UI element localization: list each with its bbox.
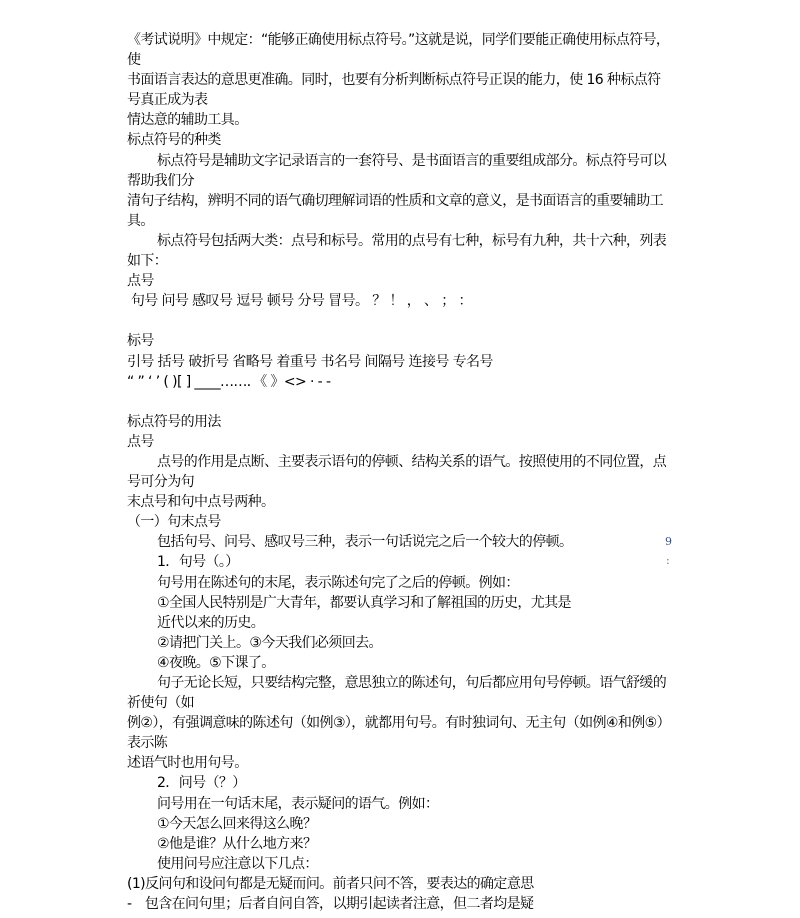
- text-line: 标号: [127, 331, 767, 351]
- text-line: 具。: [127, 211, 767, 231]
- text-line: 书面语言表达的意思更准确。同时，也要有分析判断标点符号正误的能力，使 16 种标…: [127, 70, 767, 90]
- text-line: 1．句号（。）: [127, 552, 767, 572]
- text-line: 号可分为句: [127, 472, 767, 492]
- text-line: 祈使句（如: [127, 693, 767, 713]
- text-line: 点号: [127, 432, 767, 452]
- text-line: ①全国人民特别是广大青年，都要认真学习和了解祖国的历史，尤其是: [127, 593, 767, 613]
- text-line: 标点符号的种类: [127, 130, 767, 150]
- text-line: 末点号和句中点号两种。: [127, 492, 767, 512]
- text-line: 问号用在一句话末尾，表示疑问的语气。例如：: [127, 794, 767, 814]
- text-line: (1)反问句和设问句都是无疑而问。前者只问不答，要表达的确定意思: [127, 874, 767, 894]
- text-line: 句号 问号 感叹号 逗号 顿号 分号 冒号。 ？ ！ ， 、 ； ：: [127, 291, 767, 311]
- margin-note-colon: :: [666, 554, 670, 568]
- document-page: 《考试说明》中规定：“能够正确使用标点符号。”这就是说，同学们要能正确使用标点符…: [0, 0, 800, 918]
- text-line: 帮助我们分: [127, 171, 767, 191]
- text-line: 点号的作用是点断、主要表示语句的停顿、结构关系的语气。按照使用的不同位置，点: [127, 452, 767, 472]
- text-line: 使用问号应注意以下几点：: [127, 854, 767, 874]
- document-body: 《考试说明》中规定：“能够正确使用标点符号。”这就是说，同学们要能正确使用标点符…: [127, 30, 767, 914]
- text-line: 清句子结构，辨明不同的语气确切理解词语的性质和文章的意义，是书面语言的重要辅助工: [127, 191, 767, 211]
- text-line: - 包含在问句里；后者自问自答，以期引起读者注意，但二者均是疑: [127, 894, 767, 914]
- text-line: [127, 392, 767, 412]
- text-line: （一）句末点号: [127, 512, 767, 532]
- text-line: 表示陈: [127, 733, 767, 753]
- margin-note-digit: 9: [665, 535, 672, 549]
- text-line: ②请把门关上。③今天我们必须回去。: [127, 633, 767, 653]
- text-line: 述语气时也用句号。: [127, 753, 767, 773]
- text-line: ②他是谁？从什么地方来？: [127, 834, 767, 854]
- text-line: 标点符号包括两大类：点号和标号。常用的点号有七种，标号有九种，共十六种，列表: [127, 231, 767, 251]
- text-line: 例②），有强调意味的陈述句（如例③），就都用句号。有时独词句、无主句（如例④和例…: [127, 713, 767, 733]
- text-line: 近代以来的历史。: [127, 613, 767, 633]
- text-line: 使: [127, 50, 767, 70]
- text-line: ④夜晚。⑤下课了。: [127, 653, 767, 673]
- text-line: 标点符号的用法: [127, 412, 767, 432]
- text-line: 情达意的辅助工具。: [127, 110, 767, 130]
- text-line: 2．问号（？）: [127, 773, 767, 793]
- text-line: 标点符号是辅助文字记录语言的一套符号、是书面语言的重要组成部分。标点符号可以: [127, 151, 767, 171]
- text-line: “ ” ‘ ’ ( )[ ] ____……．《 》<> · - -: [127, 372, 767, 392]
- text-line: ①今天怎么回来得这么晚？: [127, 814, 767, 834]
- text-line: 句号用在陈述句的末尾，表示陈述句完了之后的停顿。例如：: [127, 573, 767, 593]
- text-line: [127, 311, 767, 331]
- text-line: 号真正成为表: [127, 90, 767, 110]
- text-line: 引号 括号 破折号 省略号 着重号 书名号 间隔号 连接号 专名号: [127, 352, 767, 372]
- text-line: 《考试说明》中规定：“能够正确使用标点符号。”这就是说，同学们要能正确使用标点符…: [127, 30, 767, 50]
- text-line: 点号: [127, 271, 767, 291]
- text-line: 如下：: [127, 251, 767, 271]
- text-line: 句子无论长短，只要结构完整，意思独立的陈述句，句后都应用句号停顿。语气舒缓的: [127, 673, 767, 693]
